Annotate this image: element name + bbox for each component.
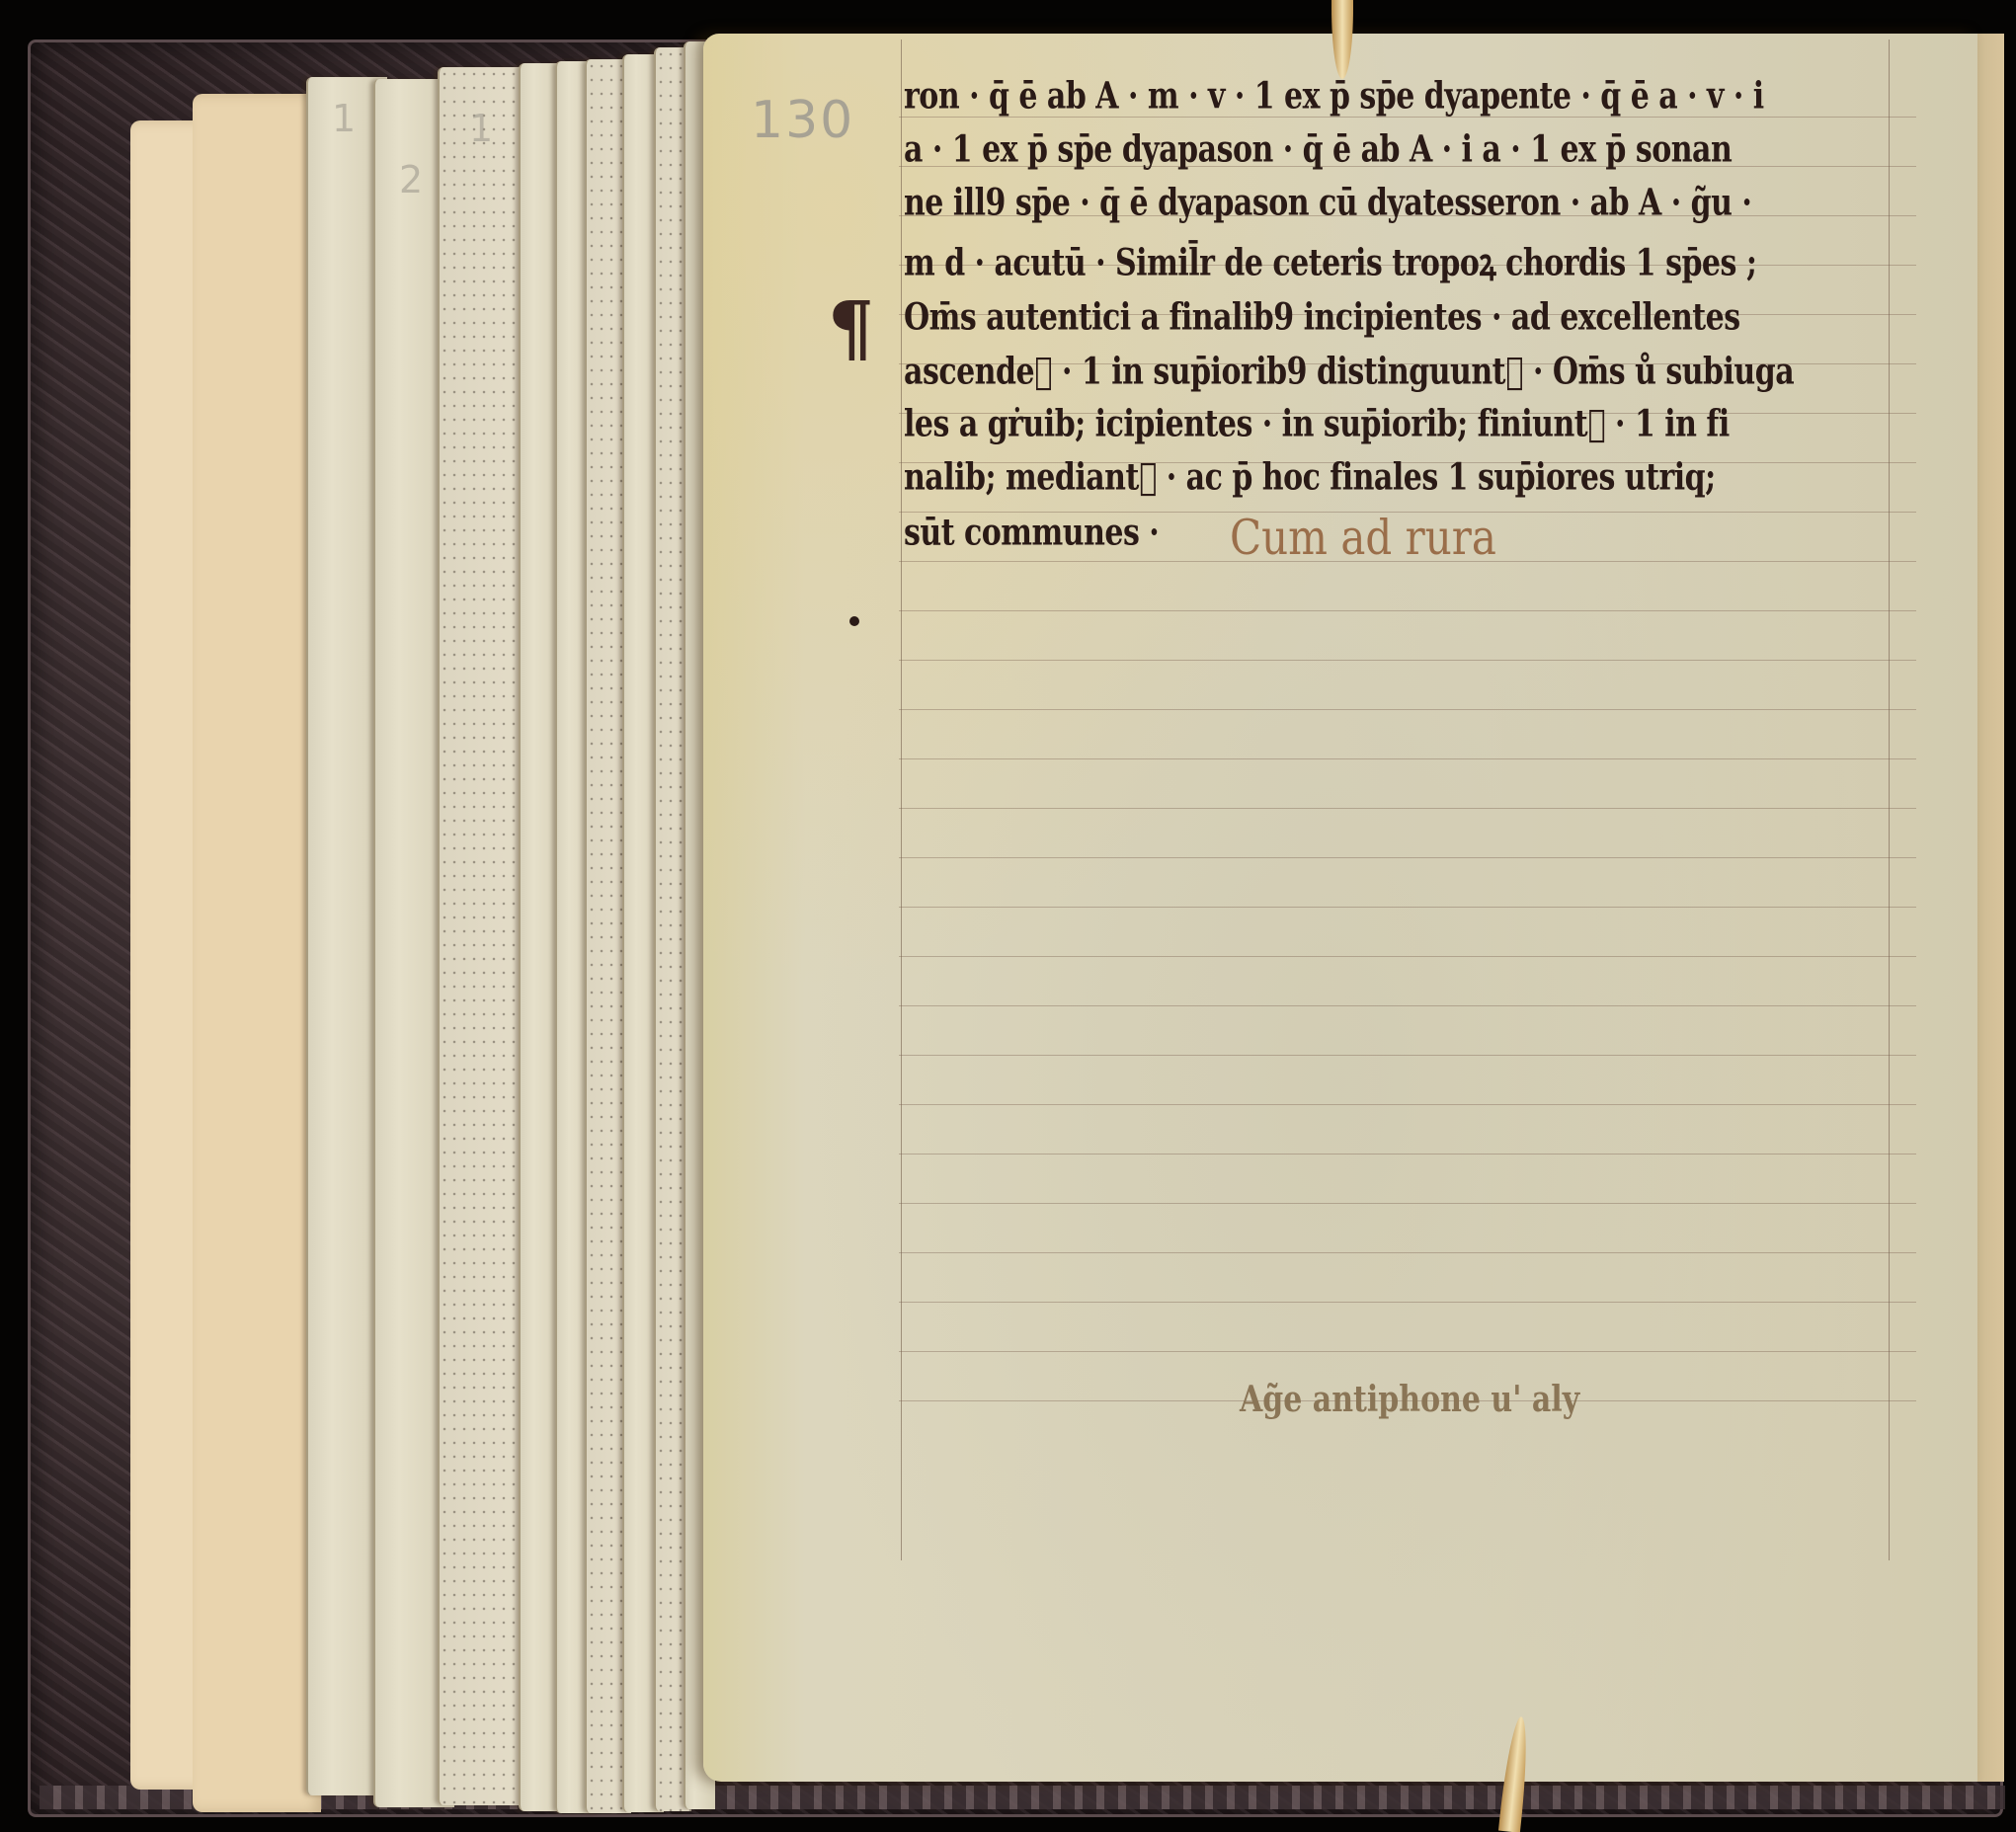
ruling-line (899, 1203, 1916, 1204)
ruling-line (899, 857, 1916, 858)
ruling-line (899, 1252, 1916, 1253)
folio-number: 130 (751, 91, 854, 150)
text-line: Om̄s autentici a finalib9 incipientes · … (904, 291, 1911, 346)
ruling-line (899, 660, 1916, 661)
ink-dot (849, 616, 859, 626)
lower-margin-note: Ag̃e antiphone u' aly (1240, 1380, 1579, 1421)
ruling-line (899, 956, 1916, 957)
pencil-mark: 1 (469, 107, 493, 150)
page-leaf: 1 (438, 67, 528, 1805)
ruling-line (899, 1104, 1916, 1105)
text-line: m d · acutū · Simil̄r de ceteris tropoꝝ … (904, 237, 1911, 291)
ruling-left-margin (901, 40, 902, 1560)
pencil-mark: 1 (332, 97, 356, 140)
text-line: sūt communes · (904, 507, 1220, 561)
ruling-line (899, 808, 1916, 809)
ruling-line (899, 610, 1916, 611)
ruling-line (899, 1154, 1916, 1155)
ruling-line (899, 709, 1916, 710)
endpaper-flyleaf (193, 94, 321, 1812)
ruling-line (899, 758, 1916, 759)
text-line: nalib; mediant᷑ · ac p̄ hoc finales 1 su… (904, 451, 1911, 506)
text-line: ascende᷑ · 1 in sup̄iorib9 distinguunt᷑ … (904, 346, 1911, 400)
rubric-incipit: Cum ad rura (1230, 510, 1496, 565)
ruling-line (899, 1302, 1916, 1303)
pencil-mark: 2 (399, 158, 423, 201)
ruling-line (899, 907, 1916, 908)
text-line: ron · q̄ ē ab A · m · v · 1 ex p̄ sp̄e d… (904, 70, 1911, 124)
ruling-line (899, 1005, 1916, 1006)
text-line: les a gṙuib; icipientes · in sup̄iorib; … (904, 398, 1911, 452)
ruling-line (899, 1351, 1916, 1352)
paragraph-mark-icon: ¶ (828, 286, 874, 371)
ruling-line (899, 1055, 1916, 1056)
text-line: a · 1 ex p̄ sp̄e dyapason · q̄ ē ab A · … (904, 123, 1911, 178)
text-line: ne ill9 sp̄e · q̄ ē dyapason cū dyatesse… (904, 177, 1911, 231)
